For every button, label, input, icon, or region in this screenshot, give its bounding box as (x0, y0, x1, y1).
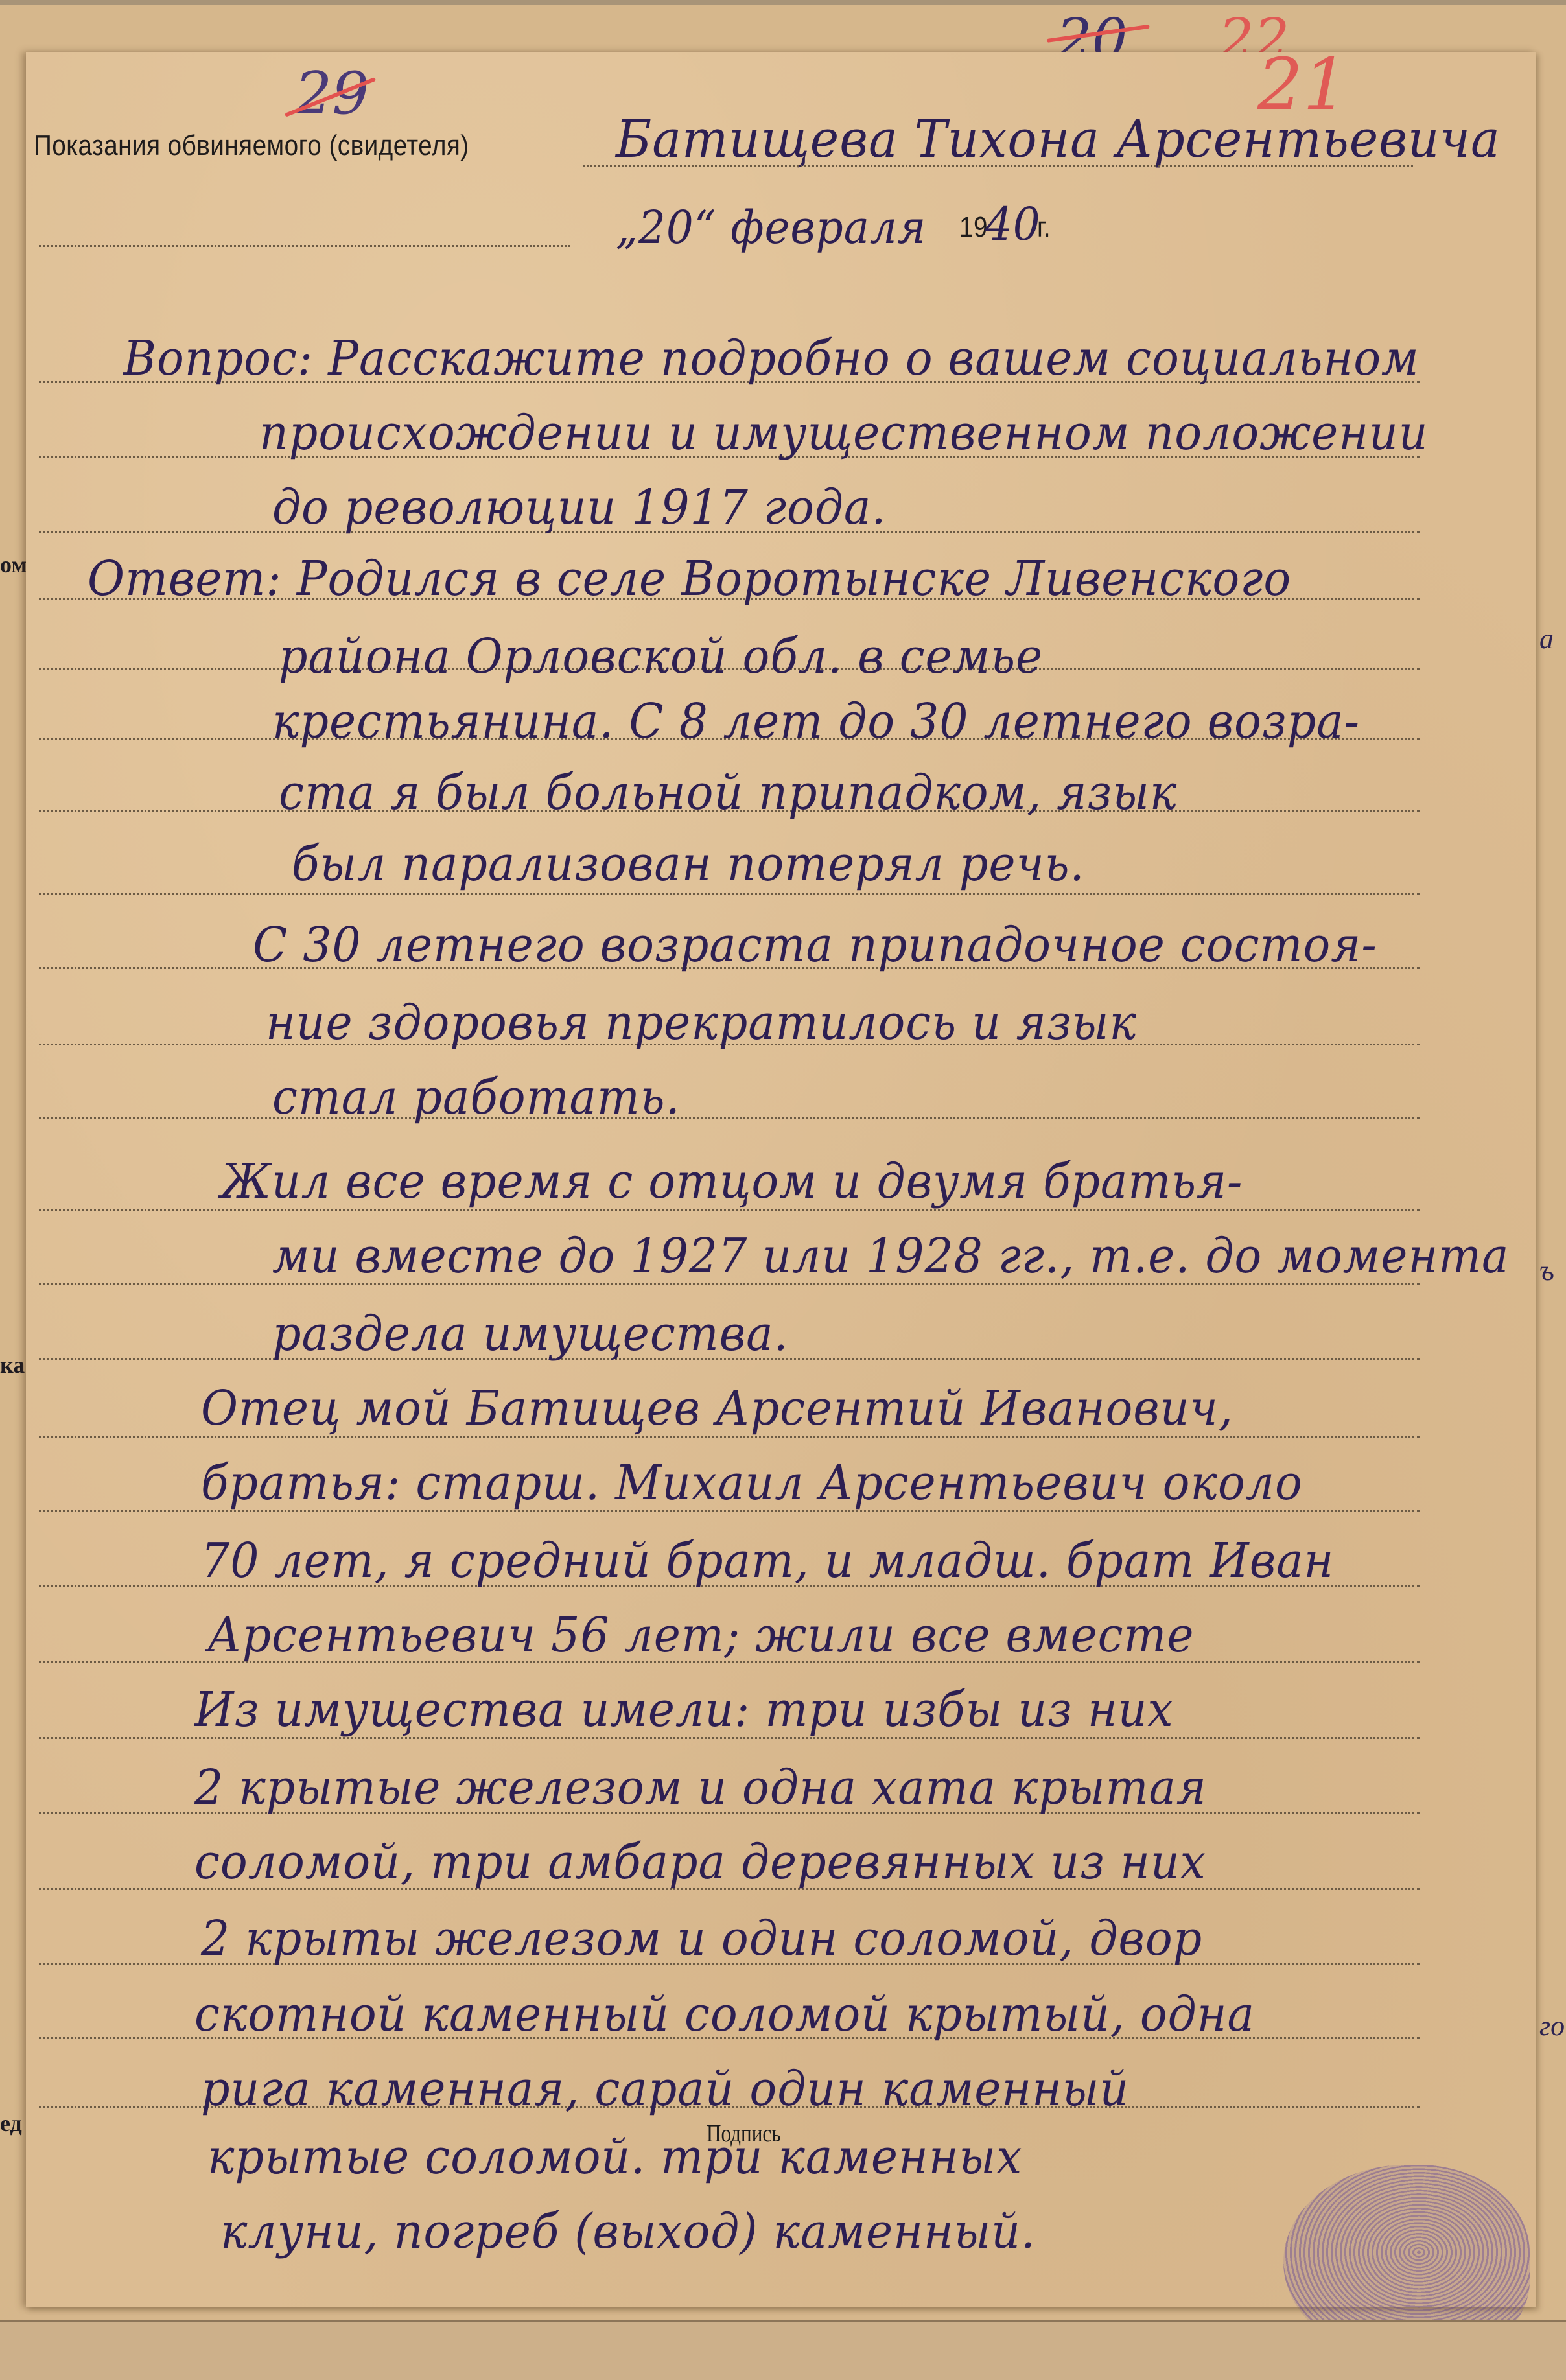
ruled-line (583, 165, 1413, 167)
answer-line: Ответ: Родился в селе Воротынске Ливенск… (88, 551, 1291, 607)
answer-line: ста я был больной припадком, язык (279, 765, 1177, 821)
answer-line: Отец мой Батищев Арсентий Иванович, (201, 1381, 1233, 1436)
back-margin-fragment: ом (0, 551, 27, 578)
answer-line: крытые соломой. три каменных (207, 2129, 1022, 2185)
back-margin-fragment: ка (0, 1351, 25, 1379)
answer-line: С 30 летнего возраста припадочное состоя… (253, 917, 1377, 973)
signature-label: Подпись (707, 2119, 780, 2148)
answer-line: рига каменная, сарай один каменный (201, 2061, 1129, 2117)
date-day-month: „20“ февраля (616, 201, 926, 254)
witness-name: Батищева Тихона Арсентьевича (616, 109, 1501, 169)
protocol-sheet: 29 21 Показания обвиняемого (свидетеля) … (26, 52, 1536, 2307)
answer-line: Жил все время с отцом и двумя братья- (220, 1154, 1243, 1209)
answer-line: скотной каменный соломой крытый, одна (194, 1987, 1255, 2042)
back-right-fragment: ъ (1539, 1254, 1554, 1287)
answer-line: 70 лет, я средний брат, и младш. брат Ив… (201, 1533, 1334, 1589)
answer-line: 2 крытые железом и одна хата крытая (194, 1760, 1207, 1815)
answer-line: ние здоровья прекратилось и язык (266, 995, 1137, 1051)
printed-witness-label: Показания обвиняемого (свидетеля) (34, 130, 469, 162)
answer-line: стал работать. (272, 1069, 681, 1125)
ruled-line (39, 1117, 1420, 1119)
question-line: происхождении и имущественном положении (259, 405, 1428, 461)
answer-line: 2 крыты железом и один соломой, двор (201, 1911, 1202, 1966)
answer-line: клуни, погреб (выход) каменный. (220, 2204, 1036, 2259)
answer-line: ми вместе до 1927 или 1928 гг., т.е. до … (272, 1228, 1509, 1284)
answer-line: братья: старш. Михаил Арсентьевич около (201, 1455, 1303, 1511)
answer-line: района Орловской обл. в семье (279, 629, 1043, 684)
back-right-fragment: го (1539, 2009, 1565, 2042)
question-line: Вопрос: Расскажите подробно о вашем соци… (123, 331, 1420, 386)
date-year-prefix: 19 (959, 211, 988, 244)
answer-line: был парализован потерял речь. (292, 836, 1085, 892)
answer-line: раздела имущества. (272, 1306, 789, 1362)
answer-line: Арсентьевич 56 лет; жили все вместе (207, 1607, 1195, 1663)
date-suffix: г. (1037, 211, 1051, 244)
answer-line: соломой, три амбара деревянных из них (194, 1834, 1206, 1890)
back-margin-fragment: ед (0, 2110, 22, 2137)
date-year-handwritten: 40 (985, 198, 1041, 251)
bottom-page-fold (0, 2320, 1566, 2380)
ruled-line (39, 893, 1420, 895)
answer-line: Из имущества имели: три избы из них (194, 1682, 1174, 1738)
answer-line: крестьянина. С 8 лет до 30 летнего возра… (272, 694, 1360, 749)
back-sheet-edge (0, 0, 1566, 5)
question-line: до революции 1917 года. (272, 480, 886, 535)
ruled-line (39, 245, 570, 247)
back-right-fragment: а (1539, 622, 1554, 655)
